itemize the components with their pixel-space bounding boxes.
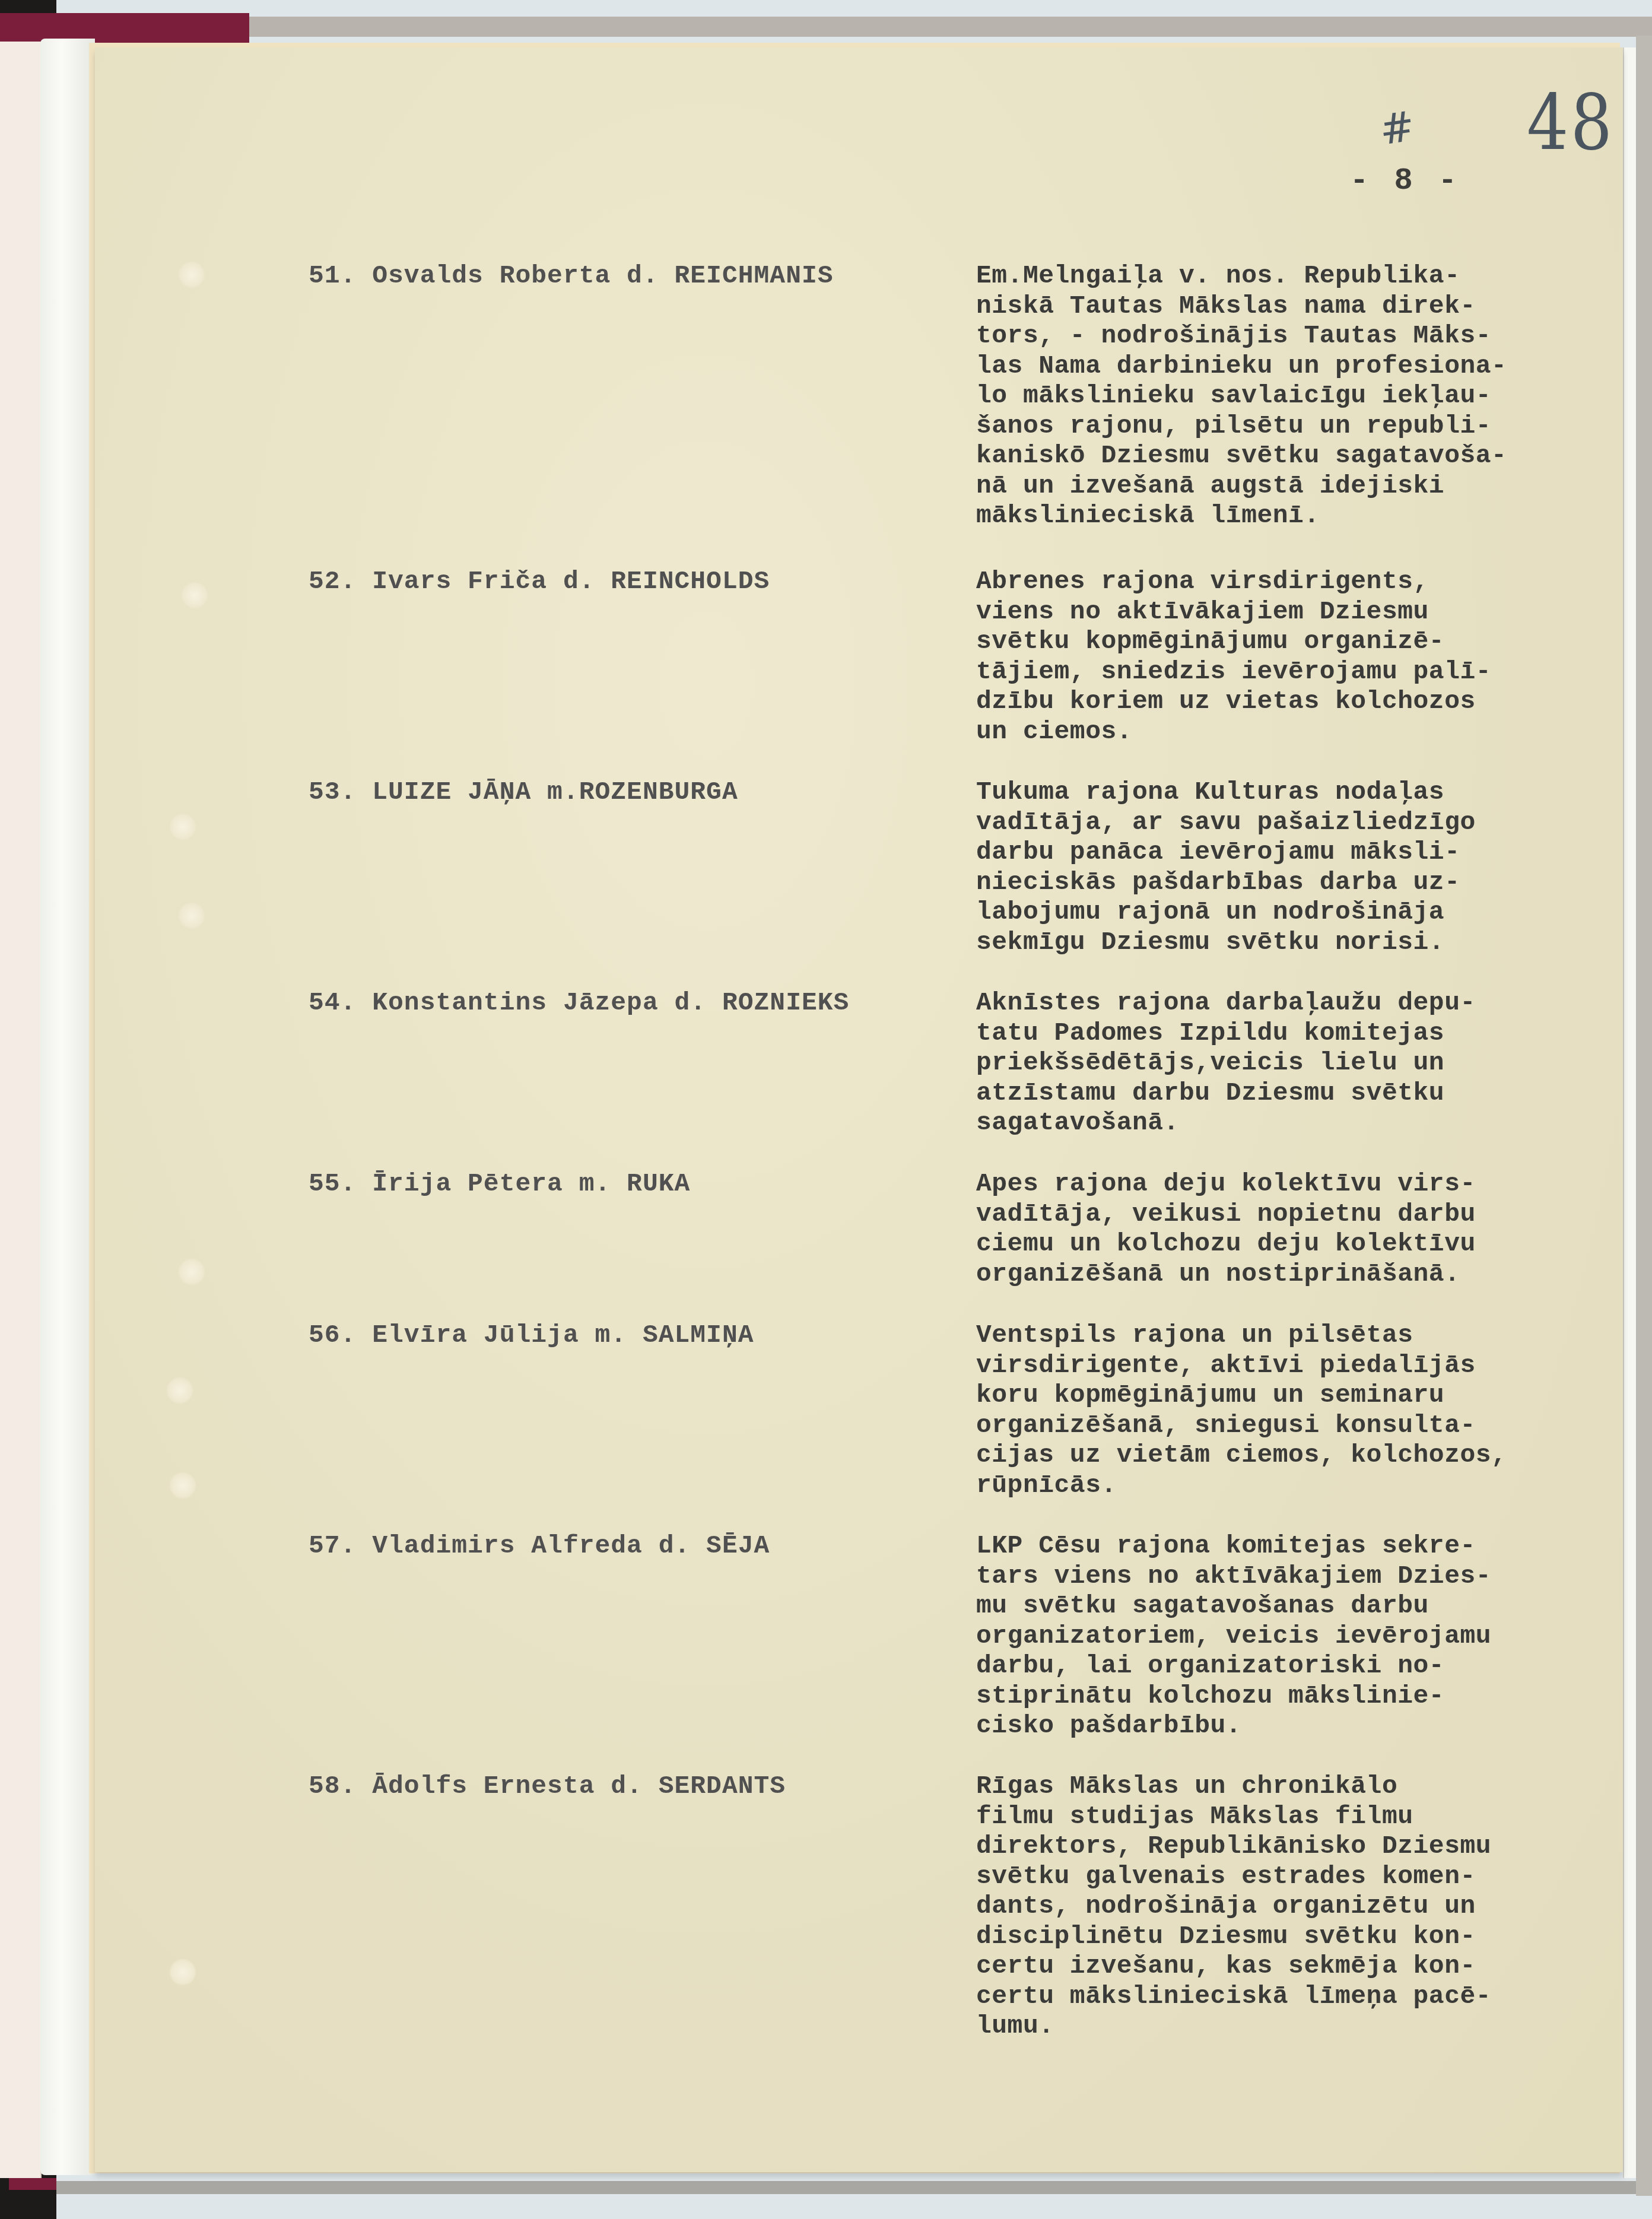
page-stack-edge	[1623, 47, 1637, 2178]
entry-name: 52. Ivars Friča d. REINCHOLDS	[309, 567, 961, 596]
archive-board-bottom	[56, 2181, 1652, 2194]
binding-hole	[178, 1258, 205, 1285]
archive-board-right	[1636, 36, 1652, 2196]
binding-hole	[181, 582, 208, 609]
person-name: Elvīra Jūlija m. SALMIŅA	[372, 1320, 754, 1350]
person-name: Konstantins Jāzepa d. ROZNIEKS	[372, 988, 849, 1017]
entry-description: Abrenes rajona virsdirigents, viens no a…	[976, 567, 1605, 747]
entry-name: 54. Konstantins Jāzepa d. ROZNIEKS	[309, 988, 961, 1017]
binding-guard-strip	[40, 39, 95, 2175]
binding-hole	[178, 902, 205, 929]
previous-page-edge	[0, 42, 42, 2178]
handwritten-mark: #	[1377, 101, 1418, 154]
person-name: LUIZE JĀŅA m.ROZENBURGA	[372, 777, 738, 807]
entry-number: 56.	[309, 1320, 356, 1350]
binding-hole	[169, 1472, 196, 1499]
person-name: Osvalds Roberta d. REICHMANIS	[372, 261, 833, 290]
entry-description: Aknīstes rajona darbaļaužu depu- tatu Pa…	[976, 988, 1605, 1138]
entry-number: 57.	[309, 1531, 356, 1560]
entry-description: Apes rajona deju kolektīvu virs- vadītāj…	[976, 1169, 1605, 1289]
entry-name: 56. Elvīra Jūlija m. SALMIŅA	[309, 1320, 961, 1350]
archive-board-top	[249, 17, 1652, 37]
entry-number: 55.	[309, 1169, 356, 1198]
entry-name: 55. Īrija Pētera m. RUKA	[309, 1169, 961, 1198]
binding-hole	[169, 1958, 196, 1986]
binding-ribbon-bottom	[9, 2178, 56, 2190]
entry-description: Ventspils rajona un pilsētas virsdirigen…	[976, 1320, 1605, 1500]
handwritten-folio-number: 48	[1527, 77, 1614, 167]
person-name: Ivars Friča d. REINCHOLDS	[372, 567, 770, 596]
person-name: Ādolfs Ernesta d. SERDANTS	[372, 1772, 786, 1801]
entry-number: 54.	[309, 988, 356, 1017]
entry-description: Rīgas Mākslas un chronikālo filmu studij…	[976, 1772, 1605, 2042]
entry-description: Tukuma rajona Kulturas nodaļas vadītāja,…	[976, 777, 1605, 957]
entry-name: 51. Osvalds Roberta d. REICHMANIS	[309, 261, 961, 290]
entry-description: Em.Melngaiļa v. nos. Republika- niskā Ta…	[976, 261, 1605, 531]
entry-name: 58. Ādolfs Ernesta d. SERDANTS	[309, 1772, 961, 1801]
entry-number: 53.	[309, 777, 356, 807]
binding-hole	[178, 261, 205, 288]
page-number: - 8 -	[1350, 163, 1460, 198]
entry-description: LKP Cēsu rajona komitejas sekre- tars vi…	[976, 1531, 1605, 1741]
entry-number: 58.	[309, 1772, 356, 1801]
binding-ribbon	[0, 13, 249, 43]
entry-name: 53. LUIZE JĀŅA m.ROZENBURGA	[309, 777, 961, 807]
person-name: Īrija Pētera m. RUKA	[372, 1169, 690, 1198]
binding-hole	[169, 813, 196, 840]
person-name: Vladimirs Alfreda d. SĒJA	[372, 1531, 770, 1560]
entry-number: 52.	[309, 567, 356, 596]
entry-name: 57. Vladimirs Alfreda d. SĒJA	[309, 1531, 961, 1560]
binding-hole	[166, 1377, 193, 1404]
entry-number: 51.	[309, 261, 356, 290]
